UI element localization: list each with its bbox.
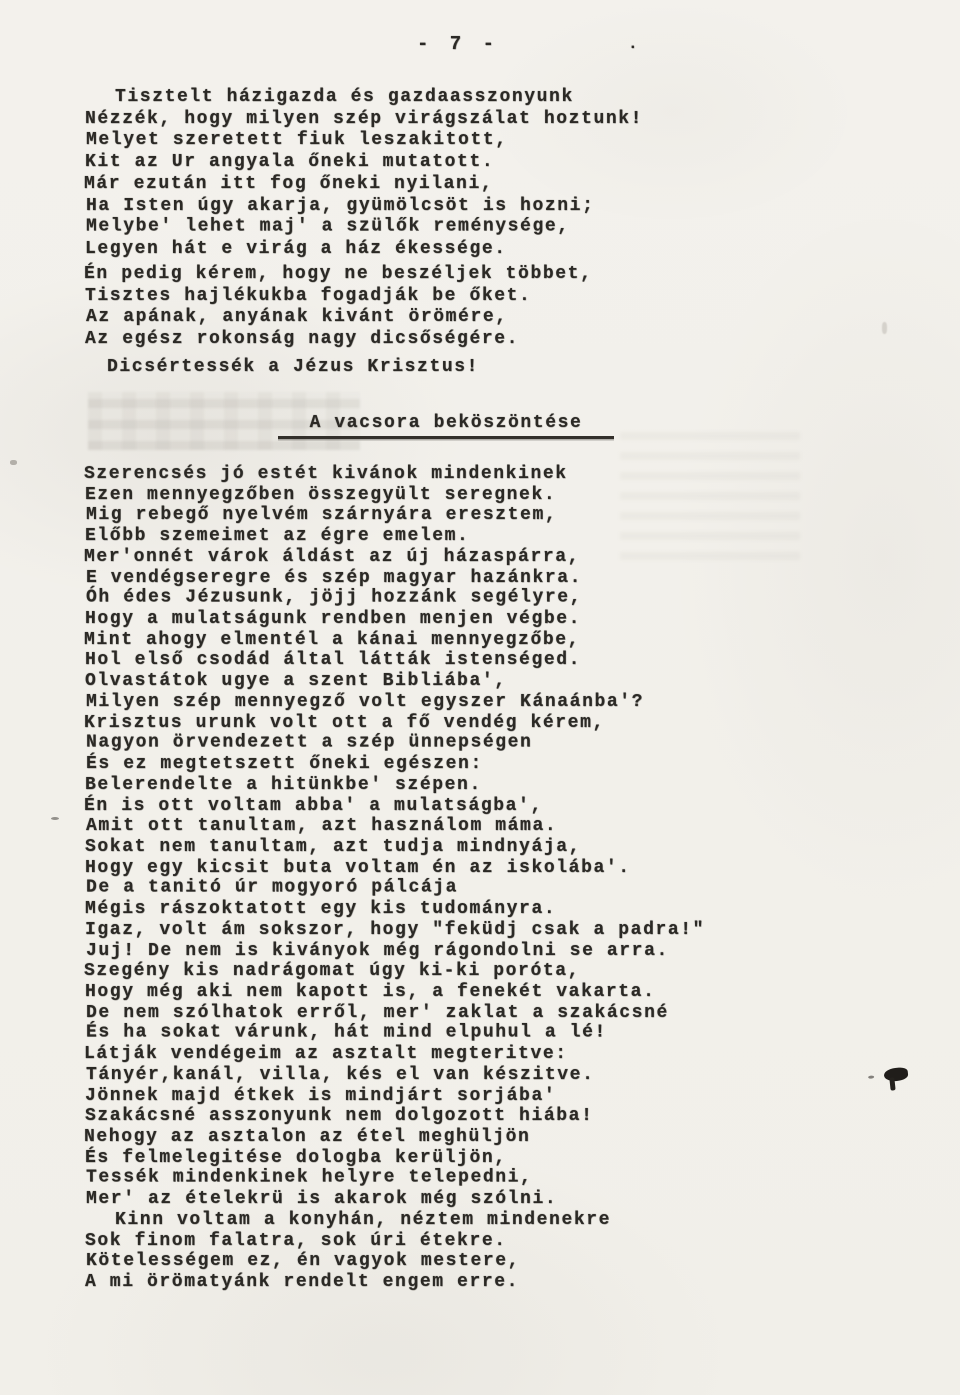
poem-line: Mig rebegő nyelvém szárnyára eresztem, bbox=[86, 505, 706, 526]
request-stanza: Én pedig kérem, hogy ne beszéljek többet… bbox=[85, 264, 593, 351]
poem-line: És ez megtetszett őneki egészen: bbox=[86, 754, 706, 775]
greeting-stanza: Tisztelt házigazda és gazdaasszonyunkNéz… bbox=[85, 87, 643, 261]
poem-line: Az apának, anyának kivánt örömére, bbox=[86, 307, 594, 329]
poem-line: E vendégseregre és szép magyar hazánkra. bbox=[86, 568, 706, 589]
paper-speck bbox=[10, 460, 17, 465]
supper-toast-poem: Szerencsés jó estét kivánok mindenkinekE… bbox=[85, 464, 705, 1293]
poem-line: Amit ott tanultam, azt használom máma. bbox=[86, 816, 706, 837]
poem-line: Kötelességem ez, én vagyok mestere, bbox=[86, 1251, 706, 1272]
poem-line: Sokat nem tanultam, azt tudja mindnyája, bbox=[85, 837, 705, 858]
poem-line: Én pedig kérem, hogy ne beszéljek többet… bbox=[84, 264, 592, 286]
poem-line: Mint ahogy elmentél a kánai mennyegzőbe, bbox=[84, 630, 704, 651]
poem-line: Szegény kis nadrágomat úgy ki-ki poróta, bbox=[84, 961, 704, 982]
poem-line: És ha sokat várunk, hát mind elpuhul a l… bbox=[86, 1023, 706, 1044]
poem-line: Előbb szemeimet az égre emelem. bbox=[85, 526, 705, 547]
poem-line: Szerencsés jó estét kivánok mindenkinek bbox=[84, 464, 704, 485]
poem-line: Az egész rokonság nagy dicsőségére. bbox=[85, 329, 593, 351]
poem-line: Mer' az ételekrü is akarok még szólni. bbox=[86, 1189, 706, 1210]
paper-speck bbox=[51, 817, 59, 820]
poem-line: Melyet szeretett fiuk leszakitott, bbox=[86, 130, 644, 152]
dedication-line: Dicsértessék a Jézus Krisztus! bbox=[107, 357, 479, 377]
poem-line: Ezen mennyegzőben összegyült seregnek. bbox=[85, 485, 705, 506]
poem-line: Melybe' lehet maj' a szülők reménysége, bbox=[86, 217, 644, 239]
poem-line: Krisztus urunk volt ott a fő vendég kére… bbox=[84, 713, 704, 734]
poem-line: Tisztes hajlékukba fogadják be őket. bbox=[85, 286, 593, 308]
poem-line: De a tanitó úr mogyoró pálcája bbox=[86, 878, 706, 899]
poem-line: A mi örömatyánk rendelt engem erre. bbox=[85, 1272, 705, 1293]
poem-line: Hogy a mulatságunk rendben menjen végbe. bbox=[85, 609, 705, 630]
poem-line: Nagyon örvendezett a szép ünnepségen bbox=[86, 733, 706, 754]
poem-line: Olvastátok ugye a szent Bibliába', bbox=[85, 671, 705, 692]
paper-speck bbox=[882, 322, 887, 334]
poem-line: Jönnek majd étkek is mindjárt sorjába' bbox=[85, 1086, 705, 1107]
poem-line: Mer'onnét várok áldást az új házaspárra, bbox=[84, 547, 704, 568]
poem-line: Mégis rászoktatott egy kis tudományra. bbox=[85, 899, 705, 920]
section-title-underline: A vacsora beköszöntése bbox=[278, 413, 614, 439]
poem-line: Tisztelt házigazda és gazdaasszonyunk bbox=[115, 87, 642, 109]
poem-line: Igaz, volt ám sokszor, hogy "feküdj csak… bbox=[85, 920, 705, 941]
poem-line: Tessék mindenkinek helyre telepedni, bbox=[86, 1168, 706, 1189]
poem-line: Hogy még aki nem kapott is, a fenekét va… bbox=[85, 982, 705, 1003]
poem-line: Szakácsné asszonyunk nem dolgozott hiába… bbox=[85, 1106, 705, 1127]
poem-line: Juj! De nem is kiványok még rágondolni s… bbox=[86, 941, 706, 962]
poem-line: Sok finom falatra, sok úri étekre. bbox=[85, 1231, 705, 1252]
page-number: - 7 - bbox=[417, 33, 499, 55]
poem-line: Látják vendégeim az asztalt megteritve: bbox=[84, 1044, 704, 1065]
poem-line: Hogy egy kicsit buta voltam én az iskolá… bbox=[85, 858, 705, 879]
poem-line: Hol első csodád által látták istenséged. bbox=[85, 650, 705, 671]
poem-line: Kit az Ur angyala őneki mutatott. bbox=[85, 152, 643, 174]
poem-line: Belerendelte a hitünkbe' szépen. bbox=[85, 775, 705, 796]
poem-line: Óh édes Jézusunk, jöjj hozzánk segélyre, bbox=[86, 588, 706, 609]
poem-line: És felmelegitése dologba kerüljön, bbox=[85, 1148, 705, 1169]
poem-line: Nézzék, hogy milyen szép virágszálat hoz… bbox=[85, 109, 643, 131]
poem-line: Már ezután itt fog őneki nyilani, bbox=[84, 174, 642, 196]
poem-line: Én is ott voltam abba' a mulatságba', bbox=[84, 796, 704, 817]
poem-line: Nehogy az asztalon az étel meghüljön bbox=[84, 1127, 704, 1148]
poem-line: Tányér,kanál, villa, kés el van készitve… bbox=[86, 1065, 706, 1086]
stray-dot-mark: . bbox=[628, 35, 639, 53]
poem-line: Kinn voltam a konyhán, néztem mindenekre bbox=[115, 1210, 704, 1231]
poem-line: De nem szólhatok erről, mer' zaklat a sz… bbox=[86, 1003, 706, 1024]
poem-line: Milyen szép mennyegző volt egyszer Kánaá… bbox=[86, 692, 706, 713]
poem-line: Ha Isten úgy akarja, gyümölcsöt is hozni… bbox=[86, 196, 644, 218]
poem-line: Legyen hát e virág a ház ékessége. bbox=[85, 239, 643, 261]
section-title: A vacsora beköszöntése bbox=[310, 413, 583, 433]
